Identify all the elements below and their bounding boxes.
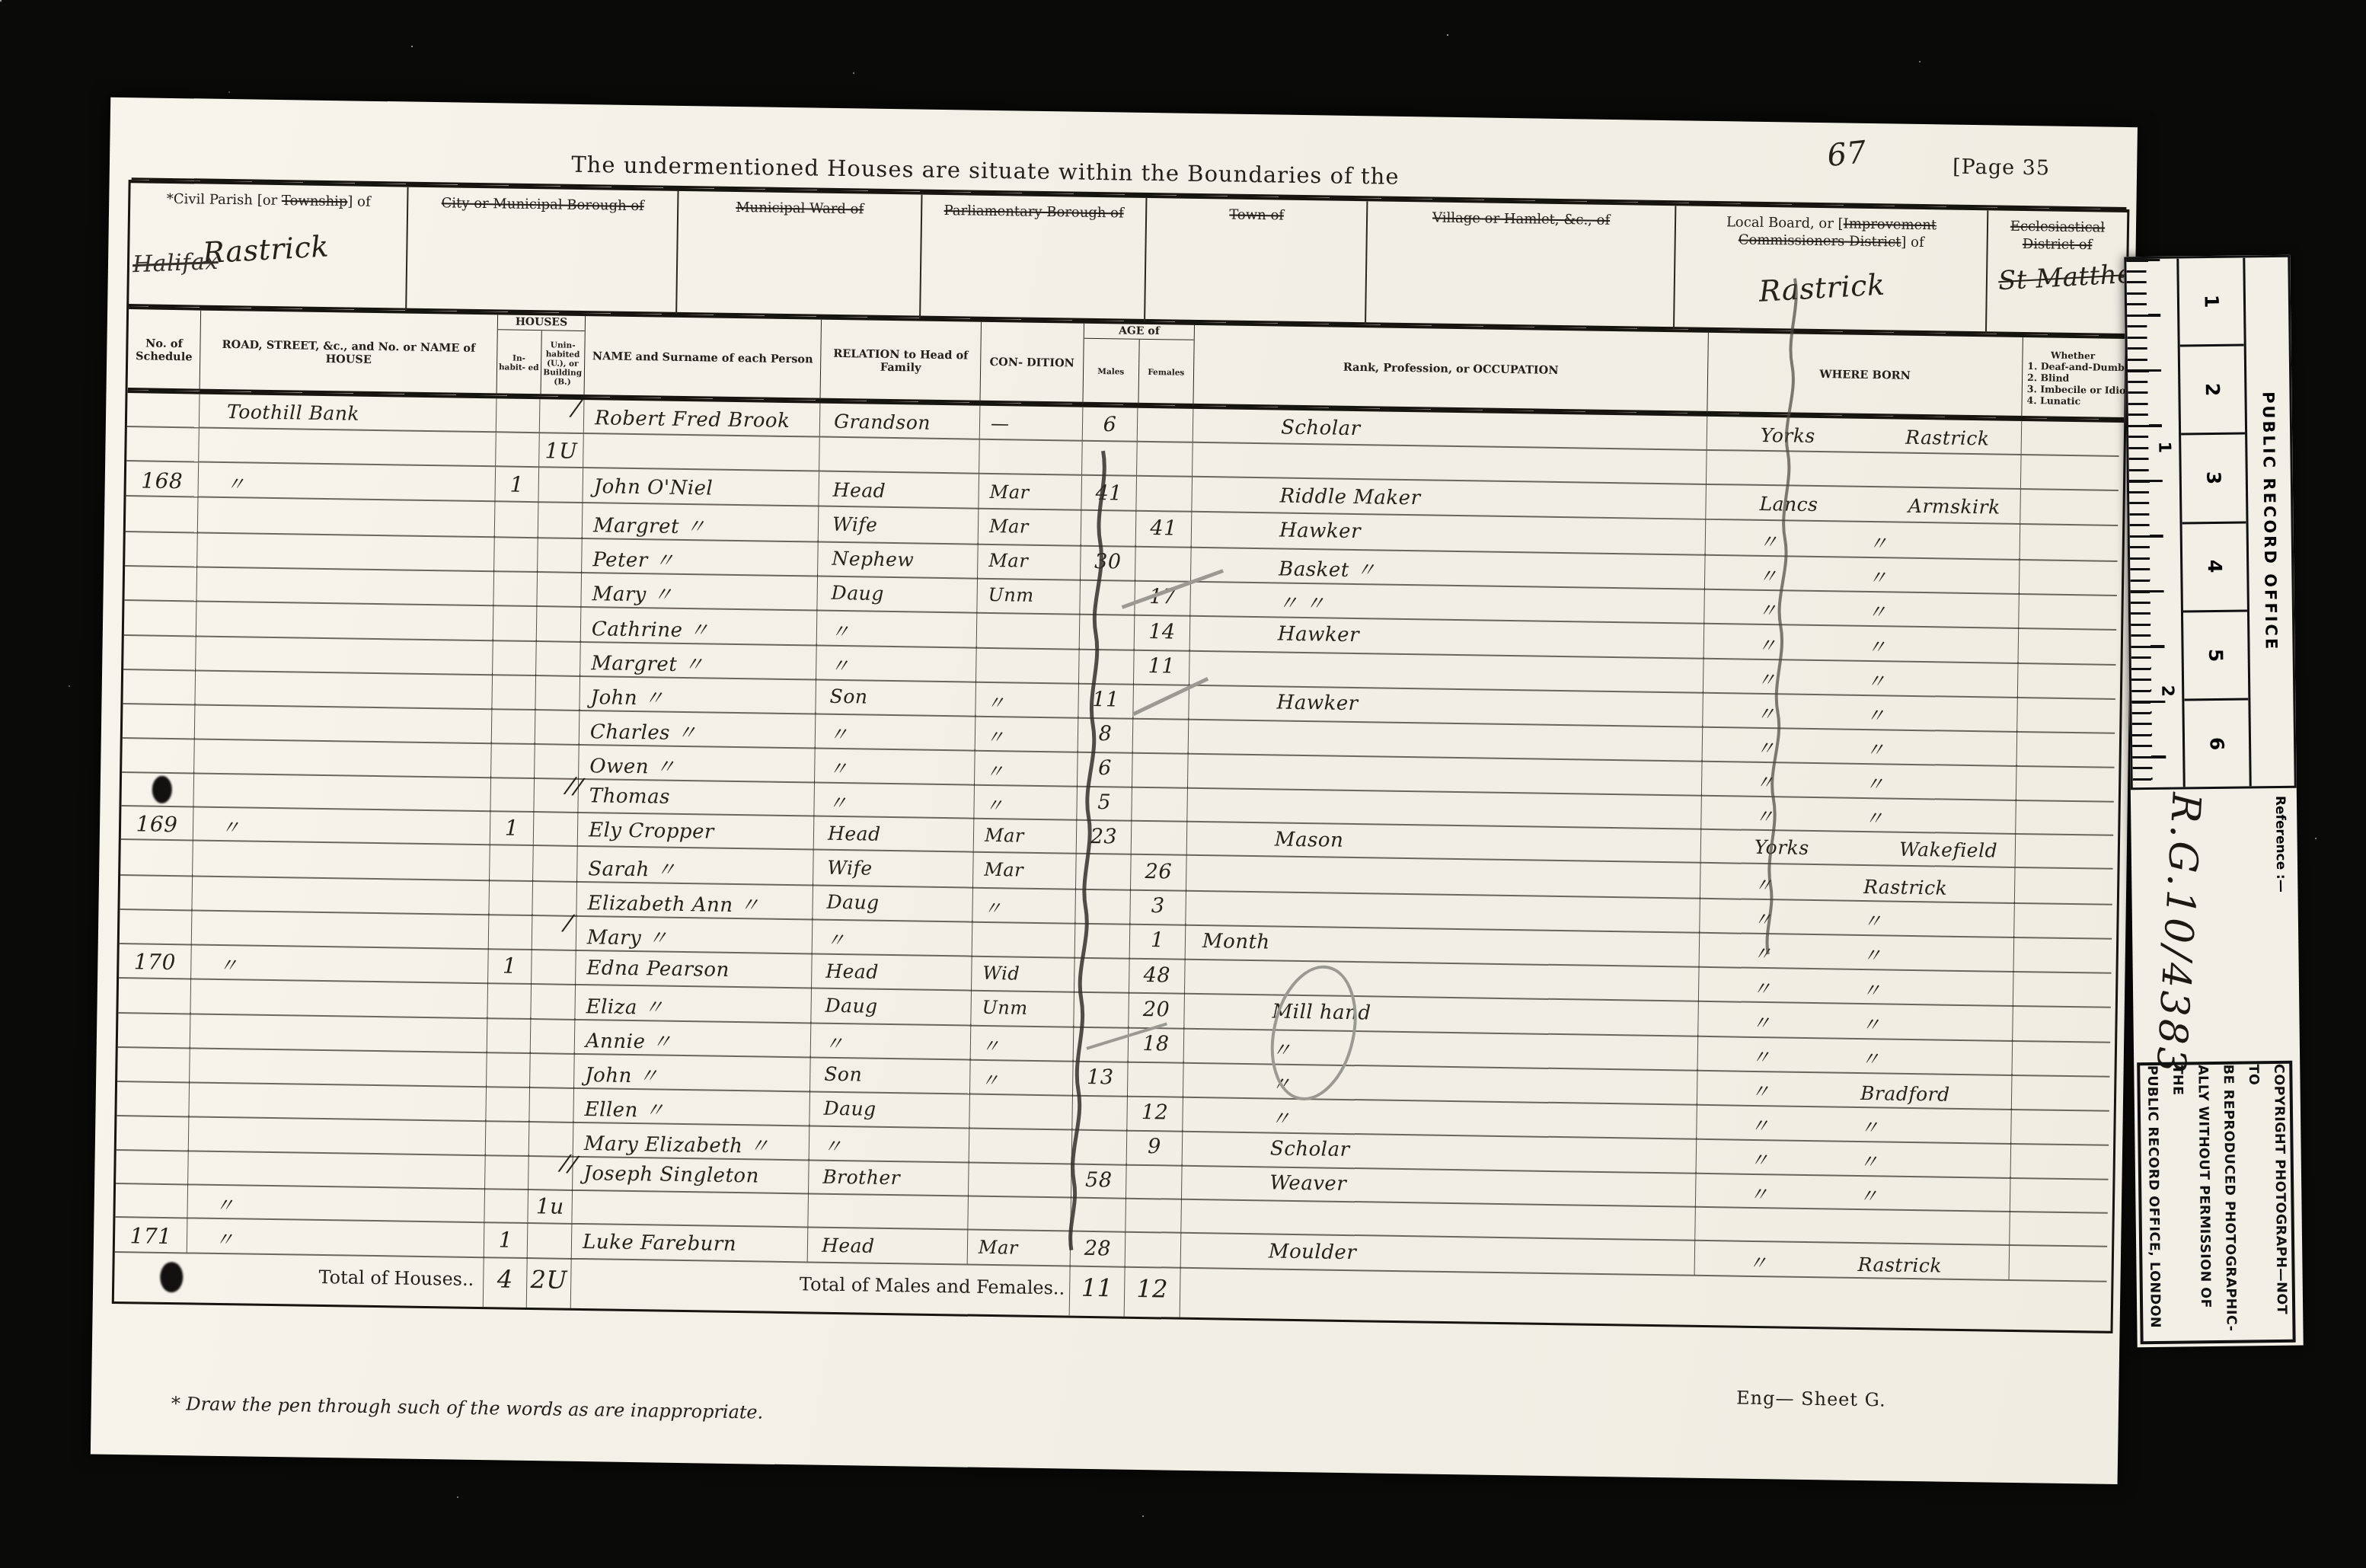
col-houses-group: HOUSES In- habit- ed Unin- habited (U.),… (497, 315, 586, 397)
cell-rl-row7: 〃 (816, 643, 977, 682)
cell-m-row20 (1072, 1094, 1128, 1132)
cell-f-row15: 1 (1130, 923, 1186, 960)
cell-c-row15 (972, 921, 1076, 959)
cell-d-row13 (2015, 867, 2113, 905)
cell-n-row6: Cathrine 〃 (581, 606, 818, 647)
total-mf-label: Total of Males and Females.. (571, 1258, 1071, 1316)
cell-r-row24: 〃 (187, 1218, 485, 1259)
cell-i-row24: 1 (484, 1222, 528, 1259)
cell-m-row24: 28 (1071, 1231, 1126, 1268)
cell-rl-row13: Wife (813, 850, 974, 889)
cell-r-row0: Toothill Bank (200, 394, 497, 433)
cell-rl-row2: Head (819, 472, 979, 509)
col-females: Females (1138, 340, 1194, 406)
cell-u-row23: 1u (528, 1189, 573, 1225)
cell-i-row6 (493, 605, 538, 642)
cell-n-row18: Annie 〃 (575, 1018, 812, 1059)
cell-f-row9 (1133, 717, 1189, 755)
cell-r-row23: 〃 (187, 1184, 485, 1224)
dust-specks (0, 0, 2, 2)
cell-r-row1 (199, 429, 497, 468)
cell-u-row13 (533, 845, 578, 883)
cell-i-row9 (492, 707, 536, 745)
cell-c-row20 (969, 1092, 1073, 1130)
cell-s-row22 (116, 1148, 189, 1185)
reference-box: Reference :— R.G.10/4383 (2131, 788, 2300, 1059)
reference-value: R.G.10/4383 (2147, 791, 2208, 1077)
cell-s-row18 (118, 1011, 191, 1049)
cell-r-row11 (193, 771, 491, 812)
cell-n-row7: Margret 〃 (580, 640, 817, 681)
cell-u-row10 (535, 742, 580, 780)
cell-rl-row24: Head (808, 1228, 969, 1266)
cell-r-row22 (188, 1149, 486, 1190)
cell-u-row17 (531, 983, 576, 1020)
cell-s-row6 (124, 599, 197, 637)
cell-d-row7 (2018, 662, 2116, 700)
cell-s-row15 (120, 908, 193, 945)
cell-f-row23 (1126, 1198, 1182, 1234)
table-body: Toothill BankRobert Fred Brook/Grandson—… (115, 393, 2124, 1281)
cell-u-row4 (538, 537, 583, 574)
cell-rl-row10: 〃 (815, 746, 975, 785)
cell-m-row0: 6 (1083, 407, 1138, 442)
cell-u-row24 (528, 1223, 573, 1260)
scale-cell: 6 (2184, 700, 2249, 787)
cell-rl-row16: Head (812, 953, 972, 991)
total-females: 12 (1125, 1266, 1181, 1317)
scale-cells: 1 2 3 4 5 6 (2179, 257, 2251, 787)
cell-f-row6: 14 (1135, 614, 1191, 651)
town-cell: Town of (1145, 198, 1368, 324)
cell-d-row22 (2010, 1177, 2109, 1214)
cell-n-row20: Ellen 〃 (573, 1087, 810, 1127)
cell-m-row4: 30 (1081, 544, 1136, 582)
cell-u-row0 (540, 399, 585, 434)
cell-rl-row18: 〃 (811, 1021, 972, 1060)
col-schedule: No. of Schedule (128, 309, 202, 391)
borough-label: City or Municipal Borough of (441, 195, 643, 214)
borough-cell: City or Municipal Borough of (407, 187, 679, 315)
parliamentary-borough-label: Parliamentary Borough of (944, 203, 1123, 222)
cell-m-row9: 8 (1078, 717, 1134, 754)
col-uninhabited: Unin- habited (U.), or Building (B.) (541, 331, 585, 397)
cell-i-row16: 1 (488, 948, 532, 985)
local-board-value: Rastrick (1758, 267, 1886, 311)
cell-n-row24: Luke Fareburn (572, 1224, 809, 1263)
cell-c-row5: Unm (977, 577, 1081, 615)
cell-c-row1 (979, 440, 1083, 476)
col-occupation: Rank, Profession, or OCCUPATION (1193, 325, 1708, 414)
cell-i-row15 (489, 914, 533, 951)
cell-m-row1 (1082, 442, 1138, 477)
cell-m-row16 (1074, 956, 1130, 993)
cell-f-row18: 18 (1129, 1026, 1185, 1063)
census-form: *Civil Parish [or Township] of Rastrick … (112, 180, 2130, 1333)
cell-c-row17: Unm (971, 989, 1074, 1027)
cell-d-row8 (2017, 696, 2115, 734)
village-cell: Village or Hamlet, &c., of (1366, 201, 1676, 329)
cell-m-row7 (1079, 647, 1135, 685)
cell-d-row21 (2010, 1142, 2109, 1180)
cell-s-row24: 171 (115, 1217, 188, 1253)
cell-n-row17: Eliza 〃 (575, 984, 812, 1024)
cell-u-row21 (529, 1120, 574, 1158)
col-born: WHERE BORN (1707, 333, 2023, 418)
cell-n-row15: Mary 〃/ (576, 915, 813, 955)
cell-f-row5: 17 (1135, 580, 1191, 617)
civil-parish-cell: *Civil Parish [or Township] of Rastrick … (129, 183, 408, 310)
cell-u-row20 (529, 1086, 574, 1123)
folio-number-handwritten: 67 (1825, 135, 1869, 174)
cell-i-row2: 1 (495, 467, 539, 503)
cell-f-row21: 9 (1127, 1129, 1183, 1167)
cell-c-row16: Wid (972, 955, 1075, 992)
scale-cell: 1 (2179, 257, 2243, 346)
cell-u-row12 (534, 811, 579, 847)
cell-u-row6 (537, 605, 582, 643)
cell-n-row12: Ely Cropper (578, 812, 815, 851)
scale-cell: 5 (2183, 612, 2248, 701)
cell-s-row23 (115, 1183, 188, 1218)
cell-f-row24 (1126, 1232, 1182, 1269)
form-footnote: * Draw the pen through such of the words… (171, 1393, 764, 1423)
col-disability: Whether 1. Deaf-and-Dumb 2. Blind 3. Imb… (2022, 337, 2121, 420)
cell-f-row16: 48 (1129, 957, 1186, 994)
cell-i-row1 (496, 433, 540, 468)
census-page: 67 [Page 35 The undermentioned Houses ar… (91, 97, 2138, 1484)
cell-f-row10 (1132, 752, 1189, 789)
cell-c-row11: 〃 (974, 784, 1078, 821)
cell-c-row8: 〃 (975, 680, 1079, 718)
copyright-text: COPYRIGHT PHOTOGRAPH—NOT TO BE REPRODUCE… (2138, 1064, 2294, 1341)
cell-m-row10: 6 (1078, 751, 1133, 788)
cell-rl-row15: 〃 (813, 918, 973, 957)
cell-u-row2 (538, 468, 583, 503)
cell-rl-row5: Daug (817, 575, 978, 614)
cell-c-row0: — (980, 406, 1084, 442)
cell-m-row2: 41 (1081, 476, 1137, 512)
local-board-cell: Local Board, or [Improvement Commissione… (1675, 206, 1988, 334)
cell-i-row21 (486, 1119, 530, 1157)
reference-label: Reference :— (2272, 796, 2289, 893)
cell-d-row10 (2016, 765, 2115, 803)
cell-u-row11 (534, 777, 579, 813)
pro-ruler-box: 1 2 1 2 3 4 5 6 PUBLIC RECORD OFFICE (2124, 255, 2297, 790)
cell-c-row7 (976, 646, 1080, 684)
cell-u-row7 (536, 640, 581, 677)
cell-m-row19: 13 (1073, 1059, 1129, 1097)
cell-d-row0 (2022, 421, 2120, 457)
cell-d-row19 (2012, 1074, 2110, 1112)
cell-i-row23 (484, 1188, 528, 1224)
cell-s-row2: 168 (126, 461, 199, 497)
cell-c-row4: Mar (978, 543, 1081, 581)
cell-f-row14: 3 (1130, 889, 1186, 926)
cell-s-row7 (123, 634, 196, 671)
parliamentary-borough-cell: Parliamentary Borough of (921, 195, 1147, 321)
cell-u-row18 (531, 1017, 576, 1055)
cell-m-row14 (1075, 888, 1131, 925)
cell-n-row5: Mary 〃 (581, 571, 818, 612)
local-board-label: Local Board, or [ (1726, 214, 1844, 232)
cell-n-row22: Joseph Singleton// (573, 1155, 809, 1195)
cell-u-row15 (532, 914, 577, 951)
cell-d-row12 (2016, 833, 2114, 870)
ruler: 1 2 (2126, 259, 2185, 788)
cell-i-row13 (490, 845, 534, 882)
cell-m-row12: 23 (1077, 819, 1132, 855)
cell-rl-row20: Daug (809, 1090, 970, 1129)
cell-f-row11 (1132, 786, 1188, 822)
col-road: ROAD, STREET, &c., and No. or NAME of HO… (200, 311, 499, 396)
cell-s-row20 (117, 1080, 190, 1117)
cell-n-row8: John 〃 (580, 675, 816, 715)
cell-d-row15 (2013, 936, 2112, 974)
cell-f-row22 (1126, 1164, 1183, 1200)
cell-c-row18: 〃 (971, 1024, 1074, 1062)
scale-cell: 2 (2180, 346, 2245, 436)
cell-n-row4: Peter 〃 (582, 537, 819, 577)
civil-parish-value: Rastrick (202, 228, 330, 272)
cell-i-row7 (493, 639, 537, 676)
cell-c-row22 (969, 1161, 1072, 1199)
village-label: Village or Hamlet, &c., of (1432, 210, 1610, 228)
cell-d-row24 (2009, 1245, 2107, 1282)
cell-i-row20 (486, 1085, 530, 1123)
cell-m-row3 (1081, 510, 1137, 548)
scale-cell: 3 (2181, 435, 2246, 524)
cell-b-row12: Yorks Wakefield (1701, 829, 2016, 868)
cell-n-row21: Mary Elizabeth 〃 (573, 1121, 810, 1161)
cell-d-row23 (2010, 1211, 2108, 1247)
cell-f-row4 (1135, 545, 1192, 583)
cell-i-row10 (491, 742, 535, 779)
cell-rl-row21: 〃 (809, 1124, 970, 1163)
cell-rl-row19: Son (810, 1055, 971, 1094)
cell-i-row12: 1 (490, 810, 535, 846)
cell-d-row6 (2019, 628, 2117, 666)
cell-i-row5 (493, 570, 538, 608)
ruler-number: 2 (2157, 685, 2176, 698)
cell-c-row12: Mar (974, 818, 1078, 854)
cell-d-row17 (2013, 1005, 2111, 1043)
cell-s-row8 (123, 668, 196, 705)
cell-b-row0: Yorks Rastrick (1707, 417, 2023, 455)
cell-c-row14: 〃 (972, 886, 1076, 925)
cell-rl-row0: Grandson (820, 404, 981, 440)
town-label: Town of (1229, 207, 1284, 224)
cell-rl-row12: Head (814, 816, 975, 853)
total-houses-inhabited: 4 (484, 1257, 528, 1308)
cell-i-row22 (485, 1154, 529, 1190)
cell-m-row21 (1072, 1129, 1128, 1166)
cell-c-row24: Mar (968, 1230, 1071, 1267)
cell-d-row1 (2021, 455, 2119, 491)
cell-u-row1: 1U (539, 433, 584, 468)
total-houses-uninhabited: 2U (527, 1257, 572, 1308)
cell-f-row3: 41 (1136, 511, 1193, 548)
cell-s-row10 (122, 736, 195, 774)
civil-parish-label: *Civil Parish [or (167, 191, 282, 209)
cell-d-row18 (2012, 1039, 2110, 1078)
cell-f-row17: 20 (1129, 992, 1185, 1029)
cell-c-row13: Mar (973, 852, 1077, 890)
cell-r-row12: 〃 (193, 806, 491, 846)
cell-rl-row23 (808, 1193, 969, 1231)
cell-c-row3: Mar (979, 509, 1082, 547)
cell-u-row3 (538, 502, 583, 539)
cell-f-row2 (1136, 477, 1193, 513)
cell-m-row6 (1080, 613, 1135, 650)
cell-i-row17 (487, 982, 532, 1020)
ward-cell: Municipal Ward of (677, 191, 922, 318)
cell-n-row23 (572, 1190, 809, 1228)
cell-s-row3 (126, 496, 199, 533)
cell-s-row1 (126, 427, 200, 462)
cell-f-row13: 26 (1131, 854, 1187, 892)
cell-i-row18 (487, 1017, 532, 1054)
cell-d-row3 (2020, 524, 2119, 562)
cell-rl-row4: Nephew (818, 541, 979, 580)
cell-u-row5 (537, 571, 582, 608)
cell-n-row2: John O'Niel (583, 468, 819, 507)
cell-d-row2 (2020, 490, 2119, 526)
cell-u-row19 (530, 1052, 575, 1089)
pro-office-label: PUBLIC RECORD OFFICE (2245, 257, 2294, 787)
cell-n-row0: Robert Fred Brook/ (584, 400, 821, 438)
cell-n-row19: John 〃 (574, 1052, 811, 1093)
cell-f-row1 (1137, 442, 1193, 477)
cell-rl-row14: Daug (813, 884, 973, 923)
cell-u-row22 (528, 1154, 573, 1191)
col-relation: RELATION to Head of Family (820, 320, 982, 403)
cell-m-row18 (1074, 1025, 1129, 1062)
cell-b-row1 (1707, 451, 2022, 490)
col-males: Males (1083, 339, 1139, 405)
cell-i-row11 (490, 776, 535, 813)
census-scan-photo: { "page": { "number_hw": "67", "page_lab… (0, 0, 2366, 1568)
ecclesiastical-label: Ecclesiastical District of (2010, 219, 2106, 253)
cell-c-row21 (969, 1127, 1073, 1165)
cell-d-row5 (2019, 592, 2117, 631)
cell-n-row16: Edna Pearson (576, 949, 813, 988)
cell-s-row4 (125, 530, 198, 567)
cell-r-row2: 〃 (198, 463, 496, 503)
cell-s-row14 (120, 873, 193, 911)
cell-rl-row22: Brother (809, 1159, 969, 1197)
cell-d-row11 (2016, 799, 2114, 836)
cell-s-row9 (123, 702, 196, 739)
ecclesiastical-cell: Ecclesiastical District of St Matthews (1987, 210, 2127, 336)
cell-c-row19: 〃 (970, 1058, 1074, 1096)
col-name: NAME and Surname of each Person (585, 316, 822, 401)
cell-f-row20: 12 (1127, 1095, 1183, 1132)
ward-label: Municipal Ward of (736, 200, 864, 217)
cell-r-row16: 〃 (191, 944, 489, 984)
cell-u-row14 (532, 880, 577, 917)
cell-s-row12: 169 (121, 805, 194, 841)
cell-rl-row17: Daug (811, 987, 972, 1026)
cell-s-row19 (117, 1046, 190, 1083)
cell-m-row13 (1076, 854, 1132, 891)
sheet-label: Eng— Sheet G. (1736, 1388, 1886, 1411)
cell-d-row16 (2013, 970, 2112, 1008)
cell-i-row8 (492, 673, 536, 711)
cell-s-row0 (127, 393, 200, 428)
cell-s-row17 (118, 977, 191, 1014)
scale-cell: 4 (2182, 523, 2247, 612)
cell-f-row7: 11 (1134, 648, 1190, 685)
cell-i-row4 (494, 536, 538, 573)
cell-c-row9: 〃 (975, 715, 1079, 753)
cell-i-row0 (497, 398, 541, 433)
cell-i-row19 (487, 1051, 531, 1088)
page-number-label: [Page 35 (1953, 155, 2050, 180)
cell-s-row21 (117, 1114, 190, 1151)
cell-c-row23 (968, 1196, 1071, 1232)
cell-c-row10: 〃 (975, 749, 1078, 787)
cell-c-row2: Mar (979, 474, 1082, 511)
cell-f-row12 (1132, 820, 1188, 856)
cell-d-row4 (2020, 558, 2118, 596)
copyright-box: COPYRIGHT PHOTOGRAPH—NOT TO BE REPRODUCE… (2137, 1061, 2296, 1344)
cell-u-row8 (535, 674, 580, 711)
cell-i-row14 (489, 880, 533, 917)
cell-n-row14: Elizabeth Ann 〃 (576, 880, 813, 921)
col-inhabited: In- habit- ed (497, 330, 542, 396)
cell-rl-row6: 〃 (817, 609, 978, 648)
cell-b-row2: Lancs Armskirk (1706, 485, 2021, 525)
cell-m-row23 (1071, 1197, 1126, 1233)
cell-s-row13 (120, 839, 193, 877)
cell-rl-row3: Wife (819, 506, 979, 545)
cell-c-row6 (977, 612, 1081, 650)
cell-m-row15 (1075, 922, 1131, 960)
cell-n-row10: Owen 〃 (579, 743, 816, 784)
cell-f-row19 (1128, 1060, 1184, 1097)
cell-n-row1 (583, 434, 820, 472)
cell-rl-row9: 〃 (816, 712, 976, 751)
cell-m-row11: 5 (1077, 785, 1132, 822)
cell-f-row8 (1133, 683, 1189, 720)
cell-f-row0 (1138, 408, 1194, 443)
cell-n-row13: Sarah 〃 (577, 846, 814, 886)
cell-rl-row8: Son (816, 678, 976, 717)
cell-m-row5 (1080, 579, 1135, 616)
cell-n-row9: Charles 〃 (580, 709, 816, 749)
cell-d-row14 (2014, 902, 2112, 940)
cell-s-row5 (124, 565, 197, 602)
pro-reference-strip: 1 2 1 2 3 4 5 6 PUBLIC RECORD OFFICE Ref… (2124, 255, 2303, 1348)
cell-n-row11: Thomas// (578, 778, 815, 817)
col-age-group: AGE of Males Females (1083, 324, 1195, 406)
cell-b-row23 (1695, 1206, 2010, 1246)
cell-i-row3 (495, 502, 539, 539)
cell-d-row20 (2011, 1108, 2109, 1146)
ruler-number: 1 (2154, 442, 2173, 454)
cell-m-row22: 58 (1071, 1163, 1127, 1199)
cell-n-row3: Margret 〃 (583, 503, 819, 543)
col-condition: CON- DITION (980, 322, 1084, 404)
cell-s-row16: 170 (119, 943, 192, 979)
cell-d-row9 (2017, 730, 2115, 768)
total-males: 11 (1070, 1266, 1126, 1317)
cell-rl-row1 (819, 438, 980, 474)
cell-rl-row11: 〃 (814, 781, 975, 819)
cell-u-row9 (535, 708, 580, 746)
cell-u-row16 (532, 949, 576, 985)
